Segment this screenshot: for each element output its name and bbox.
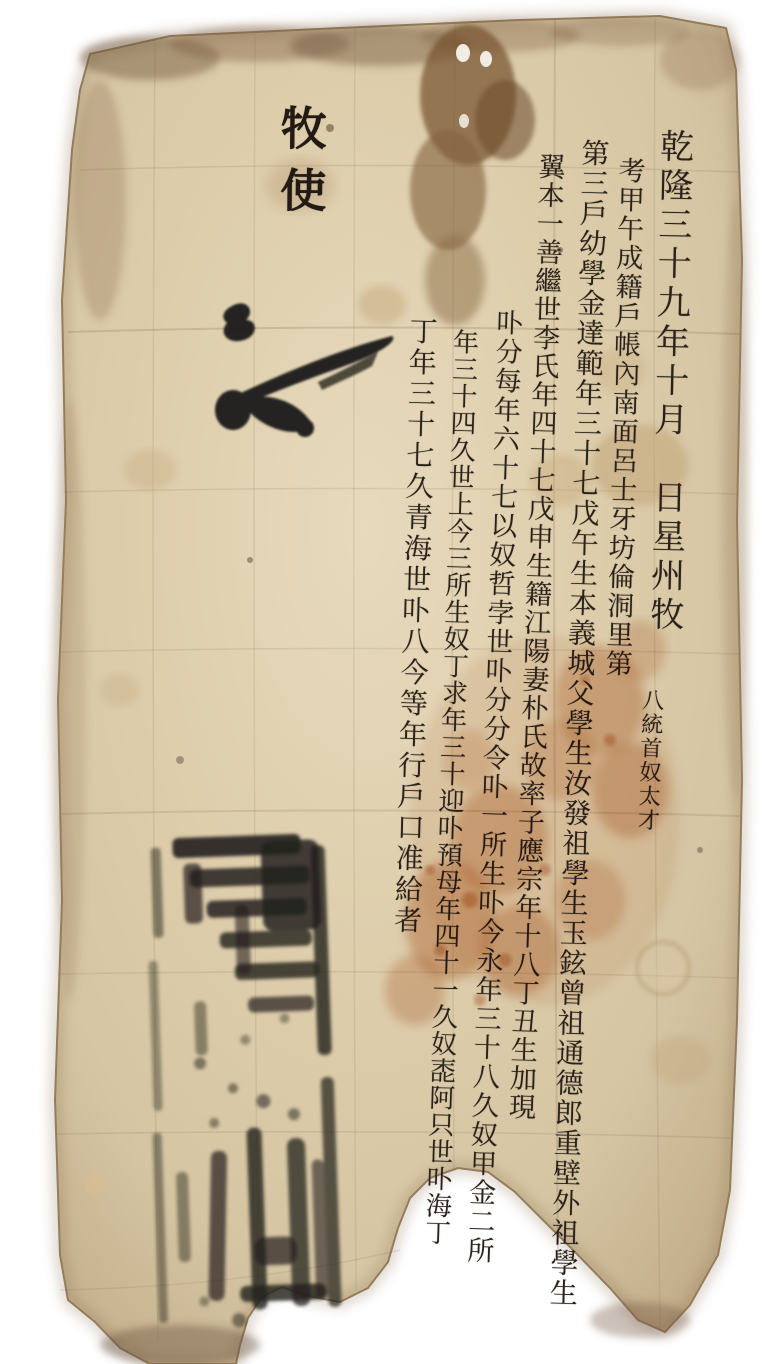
text-column-ward-head: 八統首奴太才: [631, 688, 667, 833]
magistrate-title-label: 牧使: [267, 104, 334, 229]
document-photo: 乾隆三十九年十月 日星州牧 考甲午成籍戶帳內南面呂士牙坊倫洞里第 八統首奴太才 …: [0, 0, 764, 1364]
